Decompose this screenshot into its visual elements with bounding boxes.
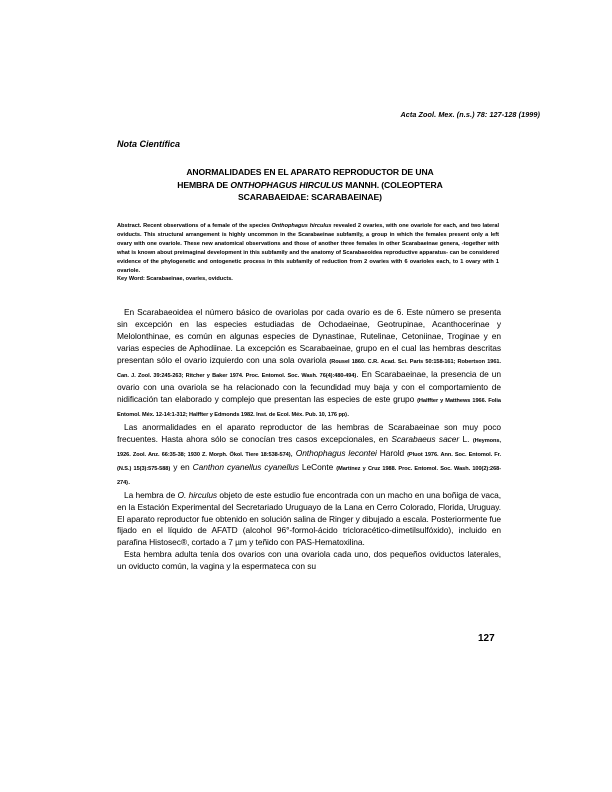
body-text: En Scarabaeoidea el número básico de ova… [117, 307, 501, 573]
species-name: Canthon cyanellus cyanellus [193, 462, 299, 472]
document-page: Acta Zool. Mex. (n.s.) 78: 127-128 (1999… [0, 0, 612, 792]
text: y en [170, 462, 192, 472]
article-title: ANORMALIDADES EN EL APARATO REPRODUCTOR … [110, 166, 510, 204]
journal-reference: Acta Zool. Mex. (n.s.) 78: 127-128 (1999… [400, 110, 540, 119]
paragraph-3: La hembra de O. hirculus objeto de este … [117, 490, 501, 550]
title-species: ONTHOPHAGUS HIRCULUS [230, 180, 343, 190]
text: En Scarabaeoidea el número básico de ova… [117, 307, 501, 365]
abstract-text: Abstract. Recent observations of a femal… [117, 222, 499, 275]
species-name: O. hirculus [178, 490, 218, 500]
text: L. [459, 434, 473, 444]
abstract: Abstract. Recent observations of a femal… [117, 222, 499, 284]
abstract-body: revealed 2 ovaries, with one ovariole fo… [117, 223, 499, 274]
section-label: Nota Científica [117, 139, 180, 149]
title-line-2: HEMBRA DE ONTHOPHAGUS HIRCULUS MANNH. (C… [110, 179, 510, 192]
species-name: Onthophagus lecontei [296, 448, 377, 458]
paragraph-4: Esta hembra adulta tenía dos ovarios con… [117, 549, 501, 573]
species-name: Scarabaeus sacer [391, 434, 459, 444]
paragraph-2: Las anormalidades en el aparato reproduc… [117, 422, 501, 490]
title-text: HEMBRA DE [177, 180, 230, 190]
text: LeConte [299, 462, 336, 472]
abstract-label: Abstract. [117, 223, 141, 229]
page-number: 127 [478, 633, 495, 644]
abstract-species: Onthophagus hirculus [272, 223, 332, 229]
text: . [347, 408, 349, 418]
text: Harold [377, 448, 407, 458]
text: La hembra de [124, 490, 178, 500]
title-line-3: SCARABAEIDAE: SCARABAEINAE) [110, 191, 510, 204]
text: . [128, 476, 130, 486]
paragraph-1: En Scarabaeoidea el número básico de ova… [117, 307, 501, 422]
keywords: Key Word: Scarabaeinae, ovaries, oviduct… [117, 275, 499, 284]
abstract-body: Recent observations of a female of the s… [141, 223, 271, 229]
title-text: MANNH. (COLEOPTERA [343, 180, 443, 190]
title-line-1: ANORMALIDADES EN EL APARATO REPRODUCTOR … [110, 166, 510, 179]
